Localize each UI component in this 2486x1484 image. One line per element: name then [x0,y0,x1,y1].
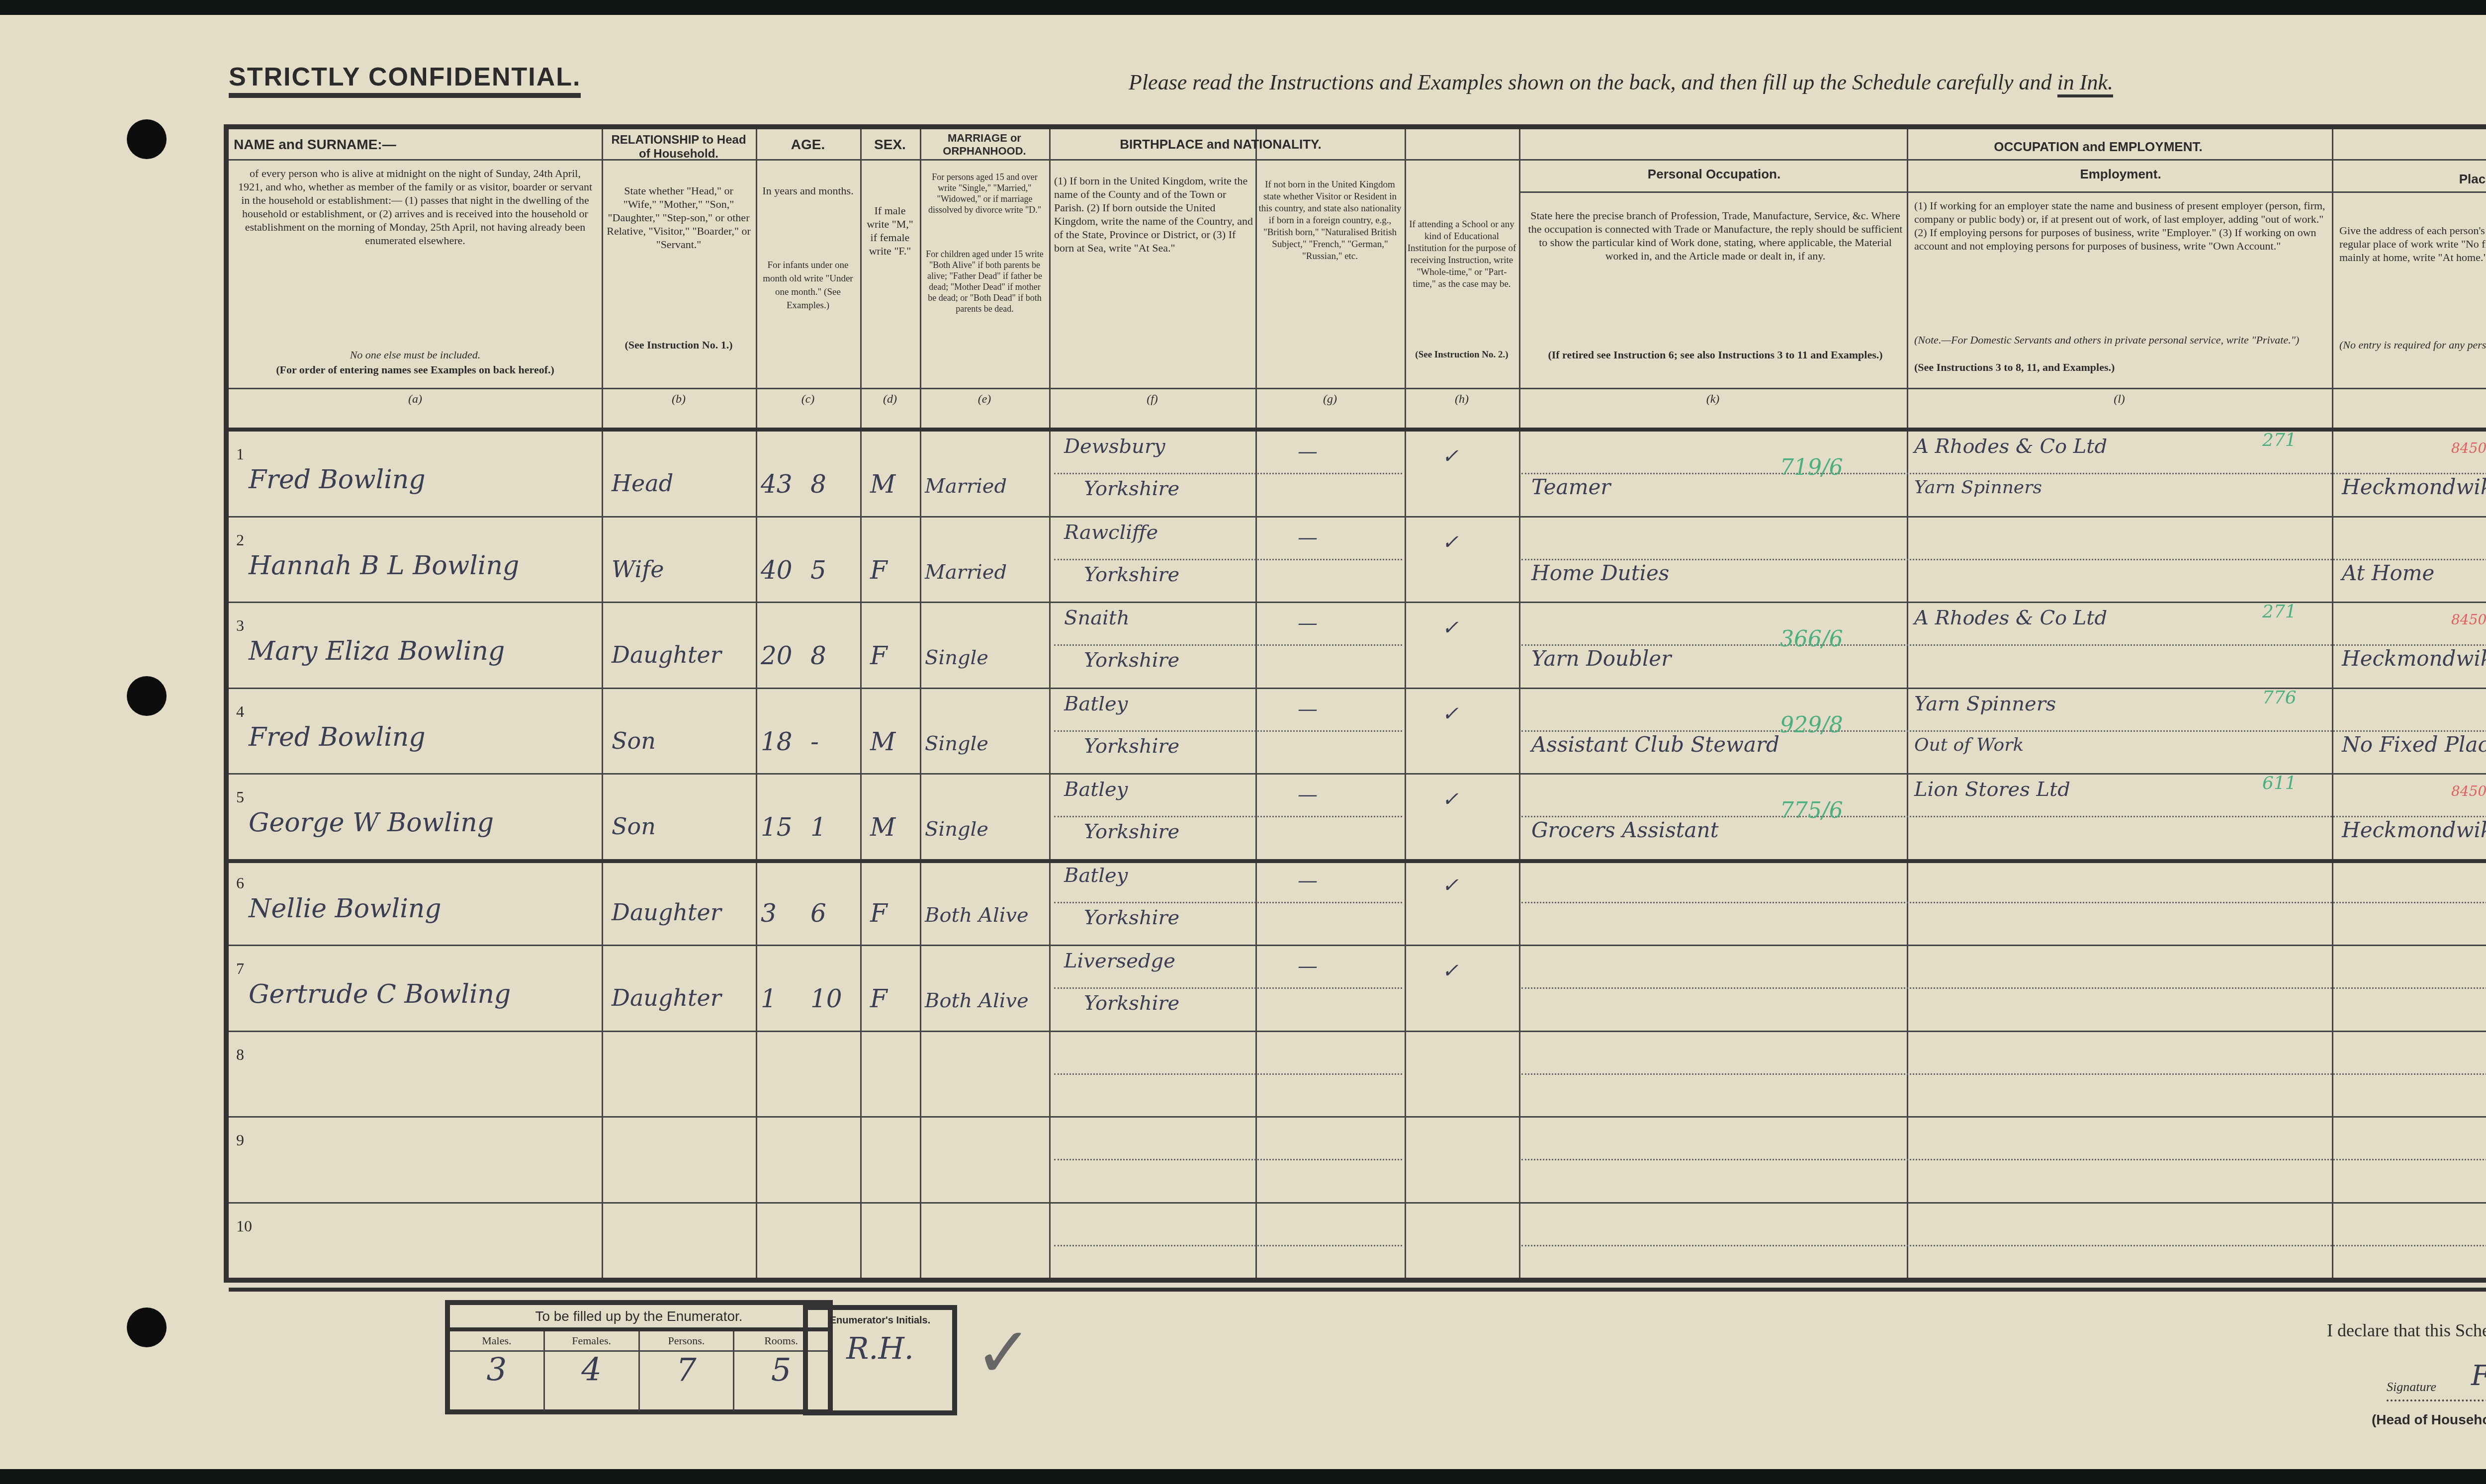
birthplace-town-field[interactable]: Batley [1064,778,1128,801]
sex-field[interactable]: F [870,899,888,928]
age-years-field[interactable]: 18 [761,727,793,756]
punch-hole [127,676,167,716]
nationality-field[interactable]: — [1298,440,1318,463]
relationship-field[interactable]: Son [612,813,656,840]
marriage-field[interactable]: Single [925,818,988,841]
birthplace-town-field[interactable]: Rawcliffe [1064,521,1158,544]
signature[interactable]: F Bowling 6 Smithies Norristhorpe Livers… [2471,1360,2486,1392]
enumerator-counts-box: To be filled up by the Enumerator. Males… [445,1300,833,1414]
age-years-field[interactable]: 43 [761,470,793,499]
age-years-field[interactable]: 20 [761,641,793,670]
relationship-field[interactable]: Daughter [612,641,721,668]
females-cell: Females. 4 [545,1331,640,1411]
dotted-rule [1054,730,1402,732]
punch-hole [127,1308,167,1347]
table-row: 2Hannah B L BowlingWife405FMarriedRawcli… [229,516,2486,602]
name-field[interactable]: Fred Bowling [249,465,426,495]
industry-code[interactable]: 845001 [2451,440,2486,456]
birthplace-county-field[interactable]: Yorkshire [1084,649,1179,672]
table-row: 6Nellie BowlingDaughter36FBoth AliveBatl… [229,859,2486,945]
males-count[interactable]: 3 [450,1352,543,1389]
strictly-confidential-title: STRICTLY CONFIDENTIAL. [229,62,581,98]
table-row: 1Fred BowlingHead438MMarriedDewsburyYork… [229,430,2486,516]
marriage-field[interactable]: Married [925,561,1007,584]
occupation-code[interactable]: 366/6 [1780,626,1843,652]
dotted-rule [1521,1073,2486,1075]
row-number: 10 [236,1217,252,1235]
occupation-field[interactable]: Assistant Club Steward [1531,732,1779,757]
relationship-field[interactable]: Daughter [612,899,721,926]
females-count[interactable]: 4 [545,1352,638,1389]
col-a-text: of every person who is alive at midnight… [236,167,594,247]
punch-hole [127,119,167,159]
place-of-work-field[interactable]: Heckmondwike [2342,818,2486,842]
school-field[interactable]: ✓ [1442,788,1459,811]
employer-field[interactable]: Lion Stores Ltd [1914,778,2070,801]
age-years-field[interactable]: 3 [761,899,777,928]
birthplace-town-field[interactable]: Batley [1064,693,1128,715]
birthplace-town-field[interactable]: Liversedge [1064,950,1175,972]
birthplace-county-field[interactable]: Yorkshire [1084,820,1179,843]
table-row: 7Gertrude C BowlingDaughter110FBoth Aliv… [229,945,2486,1031]
school-field[interactable]: ✓ [1442,616,1459,639]
birthplace-town-field[interactable]: Batley [1064,864,1128,887]
age-years-field[interactable]: 15 [761,813,793,842]
table-row: 3Mary Eliza BowlingDaughter208FSingleSna… [229,602,2486,688]
employer-field[interactable]: A Rhodes & Co Ltd [1914,435,2107,458]
dotted-rule [1054,644,1402,646]
enumerator-initials[interactable]: R.H. [808,1331,952,1366]
row-number: 6 [236,874,244,892]
row-number: 9 [236,1131,244,1149]
school-field[interactable]: ✓ [1442,445,1459,468]
table-row: 5George W BowlingSon151MSingleBatleyYork… [229,773,2486,859]
dotted-rule [1521,1159,2486,1160]
males-cell: Males. 3 [450,1331,545,1411]
sex-field[interactable]: F [870,984,888,1013]
employer-detail-field[interactable]: Out of Work [1914,735,2024,755]
sex-field[interactable]: F [870,556,888,585]
table-row: 9UnderOneAge last birthday.1234567891011… [229,1116,2486,1202]
table-row: 4Fred BowlingSon18-MSingleBatleyYorkshir… [229,688,2486,774]
place-of-work-field[interactable]: No Fixed Place [2342,732,2486,757]
nationality-field[interactable]: — [1298,526,1318,549]
occupation-field[interactable]: Grocers Assistant [1531,818,1719,842]
age-years-field[interactable]: 40 [761,556,793,585]
age-months-field[interactable]: 8 [810,470,826,499]
household-table: NAME and SURNAME:— of every person who i… [224,124,2486,1283]
nationality-field[interactable]: — [1298,869,1318,892]
occupation-code[interactable]: 929/8 [1780,712,1843,738]
row-number: 3 [236,616,244,635]
declaration-text: I declare that this Schedule is correctl… [2327,1320,2486,1341]
rule [229,159,2486,161]
occupation-code[interactable]: 719/6 [1780,455,1843,480]
relationship-field[interactable]: Wife [612,556,664,583]
dotted-rule [1054,816,1402,817]
dotted-rule [1521,902,2486,903]
dotted-rule [1054,1073,1402,1075]
birthplace-town-field[interactable]: Snaith [1064,607,1130,629]
name-field[interactable]: Nellie Bowling [249,894,442,924]
dotted-rule [1054,987,1402,989]
dotted-rule [1521,473,2486,474]
row-number: 8 [236,1046,244,1064]
dotted-rule [1521,816,2486,817]
name-field[interactable]: Mary Eliza Bowling [249,636,505,666]
occupation-field[interactable]: Yarn Doubler [1531,646,1671,671]
marriage-field[interactable]: Single [925,732,988,755]
birthplace-county-field[interactable]: Yorkshire [1084,906,1179,929]
instructions-banner: Please read the Instructions and Example… [1129,70,2113,95]
place-of-work-field[interactable]: At Home [2342,561,2434,585]
table-row: 10UnderOneAge last birthday.123456789101… [229,1202,2486,1288]
nationality-field[interactable]: — [1298,611,1318,634]
name-field[interactable]: George W Bowling [249,808,494,838]
school-field[interactable]: ✓ [1442,960,1459,982]
dotted-rule [1521,644,2486,646]
age-years-field[interactable]: 1 [761,984,777,1013]
employer-code[interactable]: 776 [2262,688,2297,708]
dotted-rule [1521,987,2486,989]
age-months-field[interactable]: 1 [810,813,826,842]
relationship-field[interactable]: Son [612,727,656,754]
persons-cell: Persons. 7 [640,1331,735,1411]
place-of-work-field[interactable]: Heckmondwike [2342,475,2486,499]
checkmark-icon: ✓ [975,1312,1033,1394]
table-row: 8UnderOneAge last birthday.1234567891011… [229,1031,2486,1117]
sex-field[interactable]: M [870,813,895,842]
row-number: 5 [236,788,244,806]
nationality-field[interactable]: — [1298,783,1318,806]
col-a-title: NAME and SURNAME:— [234,137,602,153]
age-months-field[interactable]: 10 [810,984,842,1013]
birthplace-town-field[interactable]: Dewsbury [1064,435,1165,458]
school-field[interactable]: ✓ [1442,874,1459,897]
school-field[interactable]: ✓ [1442,531,1459,554]
dotted-rule [1521,1245,2486,1246]
occupation-code[interactable]: 775/6 [1780,798,1843,823]
dotted-rule [1521,730,2486,732]
age-months-field[interactable]: 6 [810,899,826,928]
row-number: 4 [236,702,244,721]
nationality-field[interactable]: — [1298,698,1318,720]
marriage-field[interactable]: Married [925,475,1007,498]
in-ink-emphasis: in Ink. [2057,70,2113,97]
marriage-field[interactable]: Both Alive [925,904,1029,927]
employer-field[interactable]: A Rhodes & Co Ltd [1914,607,2107,629]
employer-code[interactable]: 271 [2262,602,2297,622]
dotted-rule [1054,473,1402,474]
dotted-rule [1521,559,2486,560]
sex-field[interactable]: M [870,727,895,756]
row-rule [229,1288,2486,1292]
employer-detail-field[interactable]: Yarn Spinners [1914,477,2042,498]
employer-code[interactable]: 611 [2262,773,2297,793]
age-months-field[interactable]: 8 [810,641,826,670]
name-field[interactable]: Gertrude C Bowling [249,979,511,1009]
dotted-rule [1054,902,1402,903]
birthplace-county-field[interactable]: Yorkshire [1084,477,1179,500]
nationality-field[interactable]: — [1298,955,1318,977]
school-field[interactable]: ✓ [1442,702,1459,725]
rule [1519,191,2486,193]
name-field[interactable]: Hannah B L Bowling [249,551,519,581]
row-number: 7 [236,960,244,978]
sex-field[interactable]: M [870,470,895,499]
row-number: 1 [236,445,244,463]
industry-code[interactable]: 845001 [2451,783,2486,799]
name-field[interactable]: Fred Bowling [249,722,426,752]
employer-code[interactable]: 271 [2262,430,2297,450]
dotted-rule [1054,559,1402,560]
birthplace-county-field[interactable]: Yorkshire [1084,735,1179,758]
marriage-field[interactable]: Single [925,646,988,669]
occupation-field[interactable]: Teamer [1531,475,1610,499]
industry-code[interactable]: 845001 [2451,611,2486,628]
relationship-field[interactable]: Head [612,470,673,497]
age-months-field[interactable]: - [810,727,819,756]
enumerator-initials-box: Enumerator's Initials. R.H. [803,1305,957,1415]
age-months-field[interactable]: 5 [810,556,826,585]
sex-field[interactable]: F [870,641,888,670]
dotted-rule [1054,1245,1402,1246]
place-of-work-field[interactable]: Heckmondwike [2342,646,2486,671]
birthplace-county-field[interactable]: Yorkshire [1084,992,1179,1015]
relationship-field[interactable]: Daughter [612,984,721,1011]
persons-count[interactable]: 7 [640,1352,733,1389]
employer-field[interactable]: Yarn Spinners [1914,693,2056,715]
rule [229,388,2486,389]
birthplace-county-field[interactable]: Yorkshire [1084,563,1179,586]
marriage-field[interactable]: Both Alive [925,989,1029,1012]
signature-caption: (Head of Household, Manager of Establish… [2372,1412,2486,1428]
occupation-field[interactable]: Home Duties [1531,561,1669,585]
row-number: 2 [236,531,244,549]
dotted-rule [1054,1159,1402,1160]
